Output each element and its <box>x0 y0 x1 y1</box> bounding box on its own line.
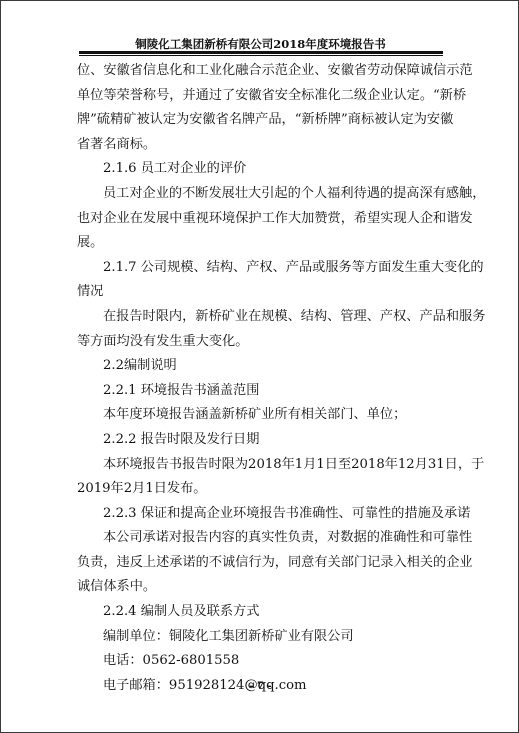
text-line: 展。 <box>77 231 449 256</box>
text-line: 员工对企业的不断发展壮大引起的个人福利待遇的提高深有感触， <box>77 182 449 207</box>
text-line: 情况 <box>77 280 449 305</box>
text-line: 2019年2月1日发布。 <box>77 477 449 502</box>
text-line: 也对企业在发展中重视环境保护工作大加赞赏，希望实现人企和谐发 <box>77 207 449 232</box>
section-heading-2-2-3: 2.2.3 保证和提高企业环境报告书准确性、可靠性的措施及承诺 <box>77 502 449 527</box>
text-line: 本公司承诺对报告内容的真实性负责，对数据的准确性和可靠性 <box>77 526 449 551</box>
text-line: 单位等荣誉称号，并通过了安徽省安全标准化二级企业认定。“新桥 <box>77 84 449 109</box>
text-line: 负责，违反上述承诺的不诚信行为，同意有关部门记录入相关的企业 <box>77 551 449 576</box>
compiler-unit: 编制单位：铜陵化工集团新桥矿业有限公司 <box>77 625 449 650</box>
section-heading-2-2-1: 2.2.1 环境报告书涵盖范围 <box>77 379 449 404</box>
document-page: 铜陵化工集团新桥有限公司2018年度环境报告书 位、安徽省信息化和工业化融合示范… <box>0 0 519 733</box>
text-line: 位、安徽省信息化和工业化融合示范企业、安徽省劳动保障诚信示范 <box>77 59 449 84</box>
page-number: - 7 - <box>1 681 519 692</box>
section-heading-2-2-2: 2.2.2 报告时限及发行日期 <box>77 428 449 453</box>
header-rule-thin <box>79 55 443 56</box>
text-line: 诚信体系中。 <box>77 575 449 600</box>
text-line: 省著名商标。 <box>77 133 449 158</box>
text-line: 牌”硫精矿被认定为安徽省名牌产品，“新桥牌”商标被认定为安徽 <box>77 108 449 133</box>
section-heading-2-1-6: 2.1.6 员工对企业的评价 <box>77 157 449 182</box>
section-heading-2-2: 2.2编制说明 <box>77 354 449 379</box>
text-line: 本年度环境报告涵盖新桥矿业所有相关部门、单位； <box>77 403 449 428</box>
text-line: 在报告时限内，新桥矿业在规模、结构、管理、产权、产品和服务 <box>77 305 449 330</box>
body-text: 位、安徽省信息化和工业化融合示范企业、安徽省劳动保障诚信示范 单位等荣誉称号，并… <box>77 59 449 698</box>
running-header-title: 铜陵化工集团新桥有限公司2018年度环境报告书 <box>1 36 519 52</box>
header-rule-thick <box>79 51 443 54</box>
section-heading-2-2-4: 2.2.4 编制人员及联系方式 <box>77 600 449 625</box>
text-line: 等方面均没有发生重大变化。 <box>77 330 449 355</box>
text-line: 本环境报告书报告时限为2018年1月1日至2018年12月31日，于 <box>77 453 449 478</box>
phone-number: 电话：0562-6801558 <box>77 649 449 674</box>
section-heading-2-1-7: 2.1.7 公司规模、结构、产权、产品或服务等方面发生重大变化的 <box>77 256 449 281</box>
